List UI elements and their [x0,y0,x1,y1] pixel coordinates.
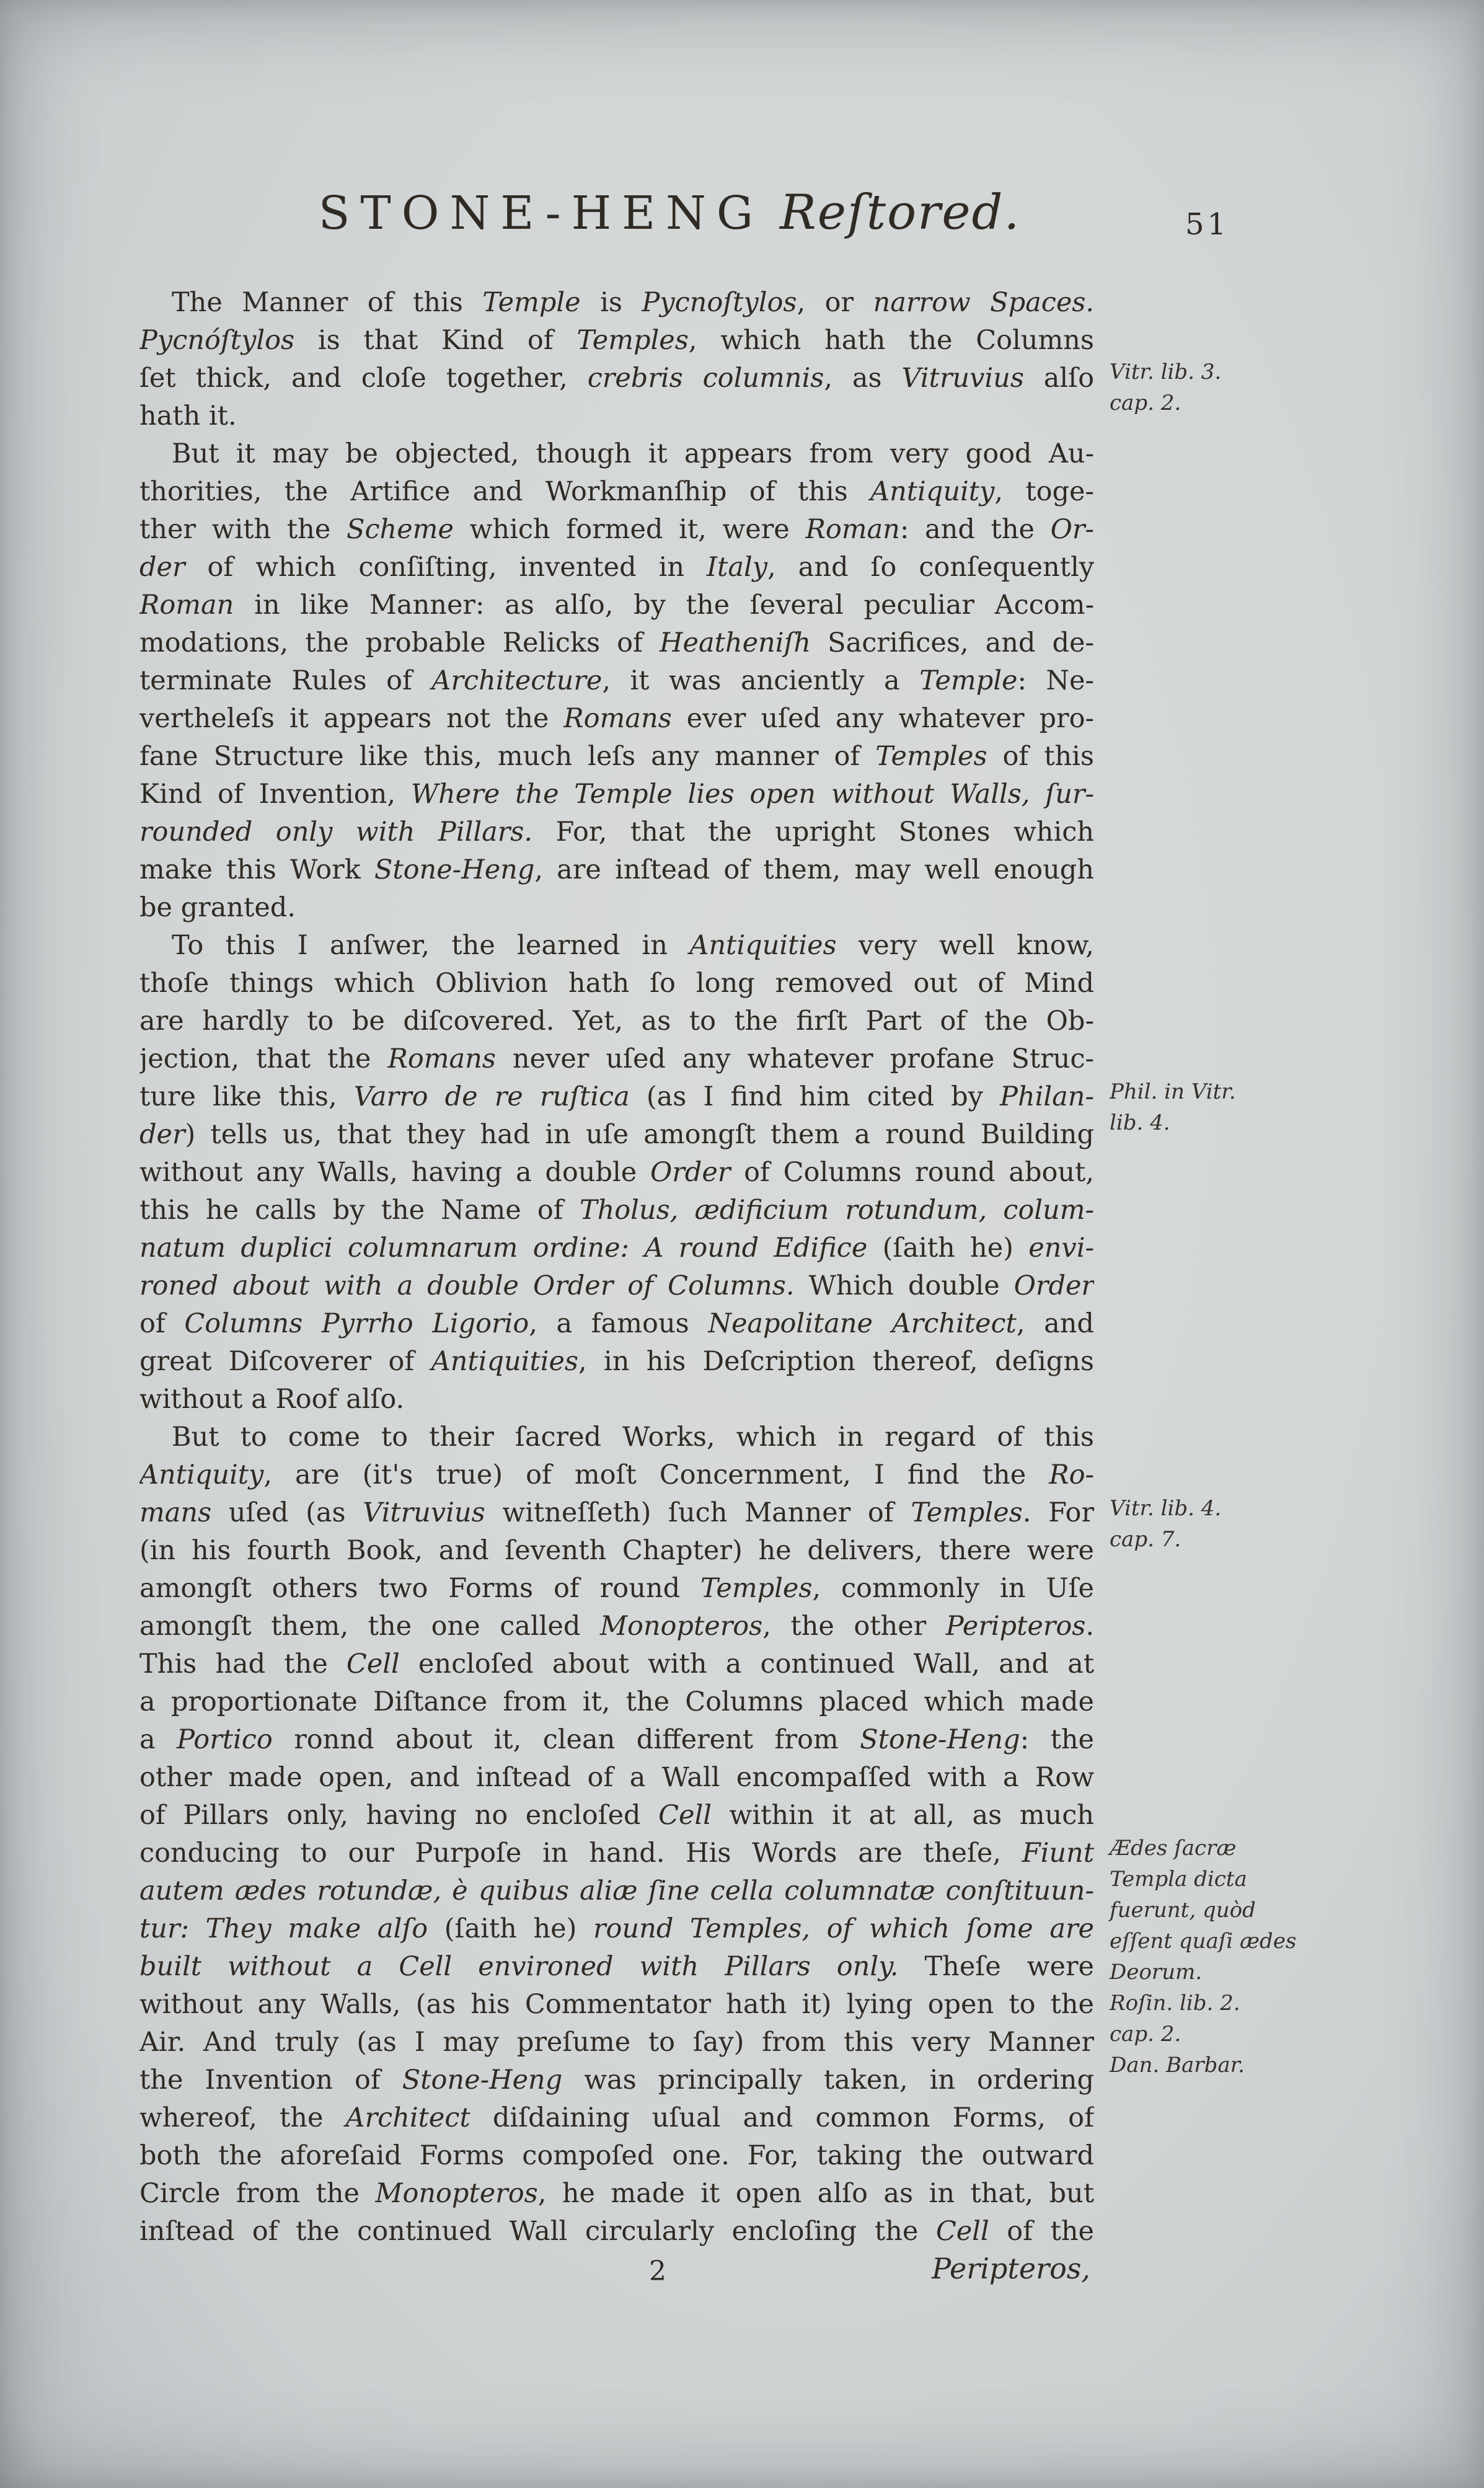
text-segment: the Invention of [139,2065,402,2096]
text-segment: amongſt others two Forms of round [139,1573,700,1604]
italic-text-segment: Varro de re ruſtica [354,1081,630,1112]
text-segment: of [139,1308,184,1339]
text-segment: a proportionate Diſtance from it, the Co… [139,1686,1094,1717]
body-line: thorities, the Artifice and Workmanſhip … [139,473,1094,511]
italic-text-segment: round Temples, of which ſome are [593,1913,1094,1944]
text-segment: ture like this, [139,1081,354,1112]
margin-note-line: Vitr. lib. 4. [1110,1493,1221,1524]
body-line: autem ædes rotundæ, è quibus aliæ ſine c… [139,1872,1094,1910]
text-segment: very well know, [837,930,1094,961]
italic-text-segment: tur: [139,1913,189,1944]
text-segment: To this I anſwer, the learned in [172,930,689,961]
body-line: Pycnóſtylos is that Kind of Temples, whi… [139,322,1094,360]
italic-text-segment: Pycnóſtylos [139,325,294,356]
italic-text-segment: Columns Pyrrho Ligorio [184,1308,529,1339]
text-segment: , as [824,363,901,394]
text-segment: ronnd about it, clean different from [273,1724,860,1755]
margin-note-line: Roſin. lib. 2. [1110,1988,1296,2019]
italic-text-segment: Antiquity [139,1459,263,1490]
text-segment: which formed it, were [454,514,806,545]
body-line: (in his fourth Book, and ſeventh Chapter… [139,1532,1094,1570]
text-segment: , are inſtead of them, may well enough [534,854,1094,885]
text-segment: of Pillars only, having no encloſed [139,1800,658,1831]
margin-note-line: Dan. Barbar. [1110,2050,1296,2081]
text-segment: This had the [139,1649,347,1680]
text-segment [189,1913,206,1944]
text-segment: : and the [900,514,1051,545]
italic-text-segment: Peripteros [946,1611,1086,1642]
margin-note: Vitr. lib. 4.cap. 7. [1110,1493,1221,1555]
body-line: of Pillars only, having no encloſed Cell… [139,1797,1094,1835]
text-segment [629,1233,644,1264]
italic-text-segment: Monopteros [375,2178,537,2209]
italic-text-segment: Heatheniſh [660,627,811,658]
margin-note-line: eſſent quaſi ædes [1110,1926,1296,1957]
text-segment: of which conſiſting, invented in [185,552,707,583]
italic-text-segment: Neapolitane Architect [708,1308,1017,1339]
italic-text-segment: Architecture [431,665,602,696]
italic-text-segment: Philan- [1000,1081,1094,1112]
body-line: Roman in like Manner: as alſo, by the ſe… [139,587,1094,624]
body-text: The Manner of this Temple is Pycnoſtylos… [139,284,1094,2251]
italic-text-segment: Monopteros [600,1611,762,1642]
italic-text-segment: Cell [658,1800,712,1831]
text-segment: make this Work [139,854,374,885]
body-line: ture like this, Varro de re ruſtica (as … [139,1078,1094,1116]
text-segment: other made open, and inſtead of a Wall e… [139,1762,1094,1793]
text-segment: (in his fourth Book, and ſeventh Chapter… [139,1535,1094,1566]
italic-text-segment: Roman [139,590,234,621]
text-segment: Kind of Invention, [139,779,411,810]
text-segment: . For [1023,1497,1094,1528]
page-footer: 2 Peripteros, [139,2256,1094,2293]
text-segment: be granted. [139,892,296,923]
italic-text-segment: Or- [1051,514,1094,545]
text-segment: without any Walls, having a double [139,1157,650,1188]
text-segment: , and ſo conſequently [767,552,1094,583]
text-segment: , which hath the Columns [689,325,1094,356]
body-line: other made open, and inſtead of a Wall e… [139,1759,1094,1797]
italic-text-segment: envi- [1028,1233,1094,1264]
italic-text-segment: natum duplici columnarum ordine: [139,1233,629,1264]
text-segment: encloſed about with a continued Wall, an… [400,1649,1094,1680]
body-line: built without a Cell environed with Pill… [139,1948,1094,1986]
body-line: roned about with a double Order of Colum… [139,1267,1094,1305]
text-segment: ſet thick, and cloſe together, [139,363,588,394]
text-segment: (as I find him cited by [630,1081,1000,1112]
italic-text-segment: rounded only with Pillars. [139,817,532,848]
margin-note-line: Vitr. lib. 3. [1110,356,1221,387]
text-segment: ) tells us, that they had in uſe amongſt… [185,1119,1094,1150]
italic-text-segment: Vitruvius [363,1497,485,1528]
italic-text-segment: Romans [563,703,671,734]
catchword: Peripteros, [932,2252,1090,2285]
margin-note-line: fuerunt, quòd [1110,1895,1296,1926]
body-line: ther with the Scheme which formed it, we… [139,511,1094,549]
text-segment: alſo [1024,363,1094,394]
body-line: a proportionate Diſtance from it, the Co… [139,1683,1094,1721]
italic-text-segment: Pycnoſtylos [642,287,797,318]
body-line: without any Walls, having a double Order… [139,1154,1094,1192]
italic-text-segment: autem ædes rotundæ, è quibus aliæ ſine c… [139,1875,1094,1906]
page-title-caps: STONE-HENG [319,187,764,240]
text-segment: diſdaining uſual and common Forms, of [470,2102,1094,2133]
text-segment: , are (it's true) of moſt Concernment, I… [263,1459,1049,1490]
text-segment: Theſe were [898,1951,1094,1982]
body-line: amongſt them, the one called Monopteros,… [139,1608,1094,1645]
body-line: rounded only with Pillars. For, that the… [139,813,1094,851]
text-segment: amongſt them, the one called [139,1611,600,1642]
text-segment: in like Manner: as alſo, by the ſeveral … [234,590,1094,621]
italic-text-segment: Order [1014,1270,1094,1301]
text-segment: thorities, the Artifice and Workmanſhip … [139,476,870,507]
text-segment: conducing to our Purpoſe in hand. His Wo… [139,1838,1022,1869]
italic-text-segment: Portico [177,1724,273,1755]
text-segment: , toge- [994,476,1094,507]
italic-text-segment: der [139,552,185,583]
body-line: This had the Cell encloſed about with a … [139,1645,1094,1683]
text-segment: The Manner of this [172,287,482,318]
text-segment: witneſſeth) ſuch Manner of [485,1497,911,1528]
text-segment: without a Roof alſo. [139,1384,404,1415]
italic-text-segment: narrow Spaces. [873,287,1094,318]
margin-note-line: lib. 4. [1110,1107,1236,1138]
body-line: be granted. [139,889,1094,927]
body-line: are hardly to be diſcovered. Yet, as to … [139,1003,1094,1040]
text-segment: , in his Deſcription thereof, deſigns [578,1346,1094,1377]
margin-note-line: Phil. in Vitr. [1110,1076,1236,1107]
text-segment: , a famous [529,1308,708,1339]
italic-text-segment: Temple [919,665,1017,696]
italic-text-segment: Roman [805,514,899,545]
margin-note: Vitr. lib. 3.cap. 2. [1110,356,1221,418]
italic-text-segment: Vitruvius [902,363,1024,394]
italic-text-segment: Order [650,1157,730,1188]
margin-note-line: Deorum. [1110,1957,1296,1988]
italic-text-segment: Antiquities [431,1346,578,1377]
book-page-scan: STONE-HENGReſtored. 51 The Manner of thi… [0,0,1484,2488]
italic-text-segment: Stone-Heng [402,2065,562,2096]
text-segment: (ſaith he) [867,1233,1028,1264]
margin-note-line: cap. 2. [1110,387,1221,418]
body-line: tur: They make alſo (ſaith he) round Tem… [139,1910,1094,1948]
italic-text-segment: They make alſo [206,1913,428,1944]
text-segment: For, that the upright Stones which [532,817,1094,848]
body-line: inſtead of the continued Wall circularly… [139,2213,1094,2251]
body-line: The Manner of this Temple is Pycnoſtylos… [139,284,1094,322]
margin-note-line: cap. 2. [1110,2019,1296,2050]
body-line: But it may be objected, though it appear… [139,435,1094,473]
italic-text-segment: Fiunt [1022,1838,1094,1869]
body-line: both the aforeſaid Forms compoſed one. F… [139,2137,1094,2175]
text-segment: was principally taken, in ordering [562,2065,1094,2096]
body-line: without a Roof alſo. [139,1381,1094,1419]
text-segment: But to come to their ſacred Works, which… [172,1422,1094,1453]
body-line: Kind of Invention, Where the Temple lies… [139,776,1094,813]
italic-text-segment: crebris columnis [588,363,824,394]
text-segment: ther with the [139,514,347,545]
text-segment: never uſed any whatever profane Struc- [496,1043,1094,1074]
body-line: Air. And truly (as I may preſume to ſay)… [139,2024,1094,2061]
text-segment: a [139,1724,177,1755]
body-line: jection, that the Romans never uſed any … [139,1040,1094,1078]
text-segment: this he calls by the Name of [139,1195,580,1226]
body-line: But to come to their ſacred Works, which… [139,1419,1094,1456]
body-line: this he calls by the Name of Tholus, ædi… [139,1192,1094,1229]
italic-text-segment: Temples [911,1497,1022,1528]
margin-note: Phil. in Vitr.lib. 4. [1110,1076,1236,1138]
body-line: make this Work Stone-Heng, are inſtead o… [139,851,1094,889]
body-line: great Diſcoverer of Antiquities, in his … [139,1343,1094,1381]
italic-text-segment: Where the Temple lies open without Walls… [411,779,1094,810]
text-segment: jection, that the [139,1043,387,1074]
body-line: conducing to our Purpoſe in hand. His Wo… [139,1835,1094,1872]
text-segment: without any Walls, (as his Commentator h… [139,1989,1094,2020]
italic-text-segment: Temples [576,325,688,356]
italic-text-segment: Cell [936,2216,989,2247]
text-segment: of Columns round about, [730,1157,1094,1188]
body-line: amongſt others two Forms of round Temple… [139,1570,1094,1608]
page-title-italic: Reſtored. [780,185,1020,241]
text-segment: Which double [794,1270,1014,1301]
text-segment: Circle from the [139,2178,375,2209]
body-line: thoſe things which Oblivion hath ſo long… [139,965,1094,1003]
body-line: hath it. [139,397,1094,435]
text-segment: fane Structure like this, much leſs any … [139,741,875,772]
text-segment: , he made it open alſo as in that, but [538,2178,1094,2209]
text-segment: is [581,287,642,318]
italic-text-segment: built without a Cell environed with Pill… [139,1951,898,1982]
text-segment: within it at all, as much [712,1800,1094,1831]
italic-text-segment: Tholus, ædificium rotundum, colum- [580,1195,1094,1226]
text-segment: Air. And truly (as I may preſume to ſay)… [139,2027,1094,2058]
body-line: natum duplici columnarum ordine: A round… [139,1229,1094,1267]
text-segment: thoſe things which Oblivion hath ſo long… [139,968,1094,999]
body-line: vertheleſs it appears not the Romans eve… [139,700,1094,738]
italic-text-segment: Cell [347,1649,400,1680]
text-segment: both the aforeſaid Forms compoſed one. F… [139,2140,1094,2171]
text-segment: , or [797,287,873,318]
text-segment: : Ne- [1017,665,1094,696]
text-segment: whereof, the [139,2102,346,2133]
body-line: the Invention of Stone-Heng was principa… [139,2061,1094,2099]
page-number: 51 [1185,207,1229,242]
body-line: Antiquity, are (it's true) of moſt Conce… [139,1456,1094,1494]
body-line: of Columns Pyrrho Ligorio, a famous Neap… [139,1305,1094,1343]
margin-note-line: Ædes ſacræ [1110,1833,1296,1864]
body-line: without any Walls, (as his Commentator h… [139,1986,1094,2024]
italic-text-segment: roned about with a double Order of Colum… [139,1270,794,1301]
text-segment: Sacrifices, and de- [811,627,1094,658]
text-segment: of the [989,2216,1094,2247]
body-line: ſet thick, and cloſe together, crebris c… [139,360,1094,397]
italic-text-segment: Architect [346,2102,470,2133]
body-line: der) tells us, that they had in uſe amon… [139,1116,1094,1154]
text-segment: , the other [762,1611,946,1642]
text-segment: But it may be objected, though it appear… [172,438,1094,469]
text-segment: terminate Rules of [139,665,431,696]
italic-text-segment: Temple [482,287,580,318]
italic-text-segment: mans [139,1497,211,1528]
body-line: a Portico ronnd about it, clean differen… [139,1721,1094,1759]
text-segment: are hardly to be diſcovered. Yet, as to … [139,1006,1094,1037]
italic-text-segment: Italy [707,552,767,583]
italic-text-segment: der [139,1119,185,1150]
running-header: STONE-HENGReſtored. [192,185,1147,241]
italic-text-segment: Romans [387,1043,495,1074]
text-segment: vertheleſs it appears not the [139,703,563,734]
margin-note-line: cap. 7. [1110,1524,1221,1555]
text-segment: uſed (as [211,1497,363,1528]
text-segment: , and [1017,1308,1094,1339]
signature-mark: 2 [649,2256,666,2287]
italic-text-segment: Temples [875,741,987,772]
margin-note-line: Templa dicta [1110,1864,1296,1895]
body-line: terminate Rules of Architecture, it was … [139,662,1094,700]
text-segment: inſtead of the continued Wall circularly… [139,2216,936,2247]
text-segment: . [1085,1611,1094,1642]
body-line: modations, the probable Relicks of Heath… [139,624,1094,662]
text-segment: (ſaith he) [428,1913,593,1944]
body-line: fane Structure like this, much leſs any … [139,738,1094,776]
body-line: whereof, the Architect diſdaining uſual … [139,2099,1094,2137]
body-line: To this I anſwer, the learned in Antiqui… [139,927,1094,965]
text-segment: , it was anciently a [602,665,919,696]
body-line: mans uſed (as Vitruvius witneſſeth) ſuch… [139,1494,1094,1532]
italic-text-segment: Antiquities [689,930,836,961]
text-segment: is that Kind of [294,325,576,356]
italic-text-segment: Antiquity [870,476,994,507]
margin-note: Ædes ſacræTempla dictafuerunt, quòdeſſen… [1110,1833,1296,2081]
italic-text-segment: Temples [700,1573,812,1604]
text-segment: : the [1020,1724,1094,1755]
text-segment: modations, the probable Relicks of [139,627,660,658]
body-line: der of which conſiſting, invented in Ita… [139,549,1094,587]
italic-text-segment: A round Edifice [644,1233,867,1264]
text-segment: , commonly in Uſe [812,1573,1094,1604]
text-segment: hath it. [139,401,237,432]
italic-text-segment: Stone-Heng [860,1724,1020,1755]
italic-text-segment: Stone-Heng [374,854,534,885]
italic-text-segment: Scheme [347,514,454,545]
text-segment: of this [987,741,1094,772]
text-segment: great Diſcoverer of [139,1346,431,1377]
text-segment: ever uſed any whatever pro- [672,703,1094,734]
body-line: Circle from the Monopteros, he made it o… [139,2175,1094,2213]
italic-text-segment: Ro- [1049,1459,1094,1490]
